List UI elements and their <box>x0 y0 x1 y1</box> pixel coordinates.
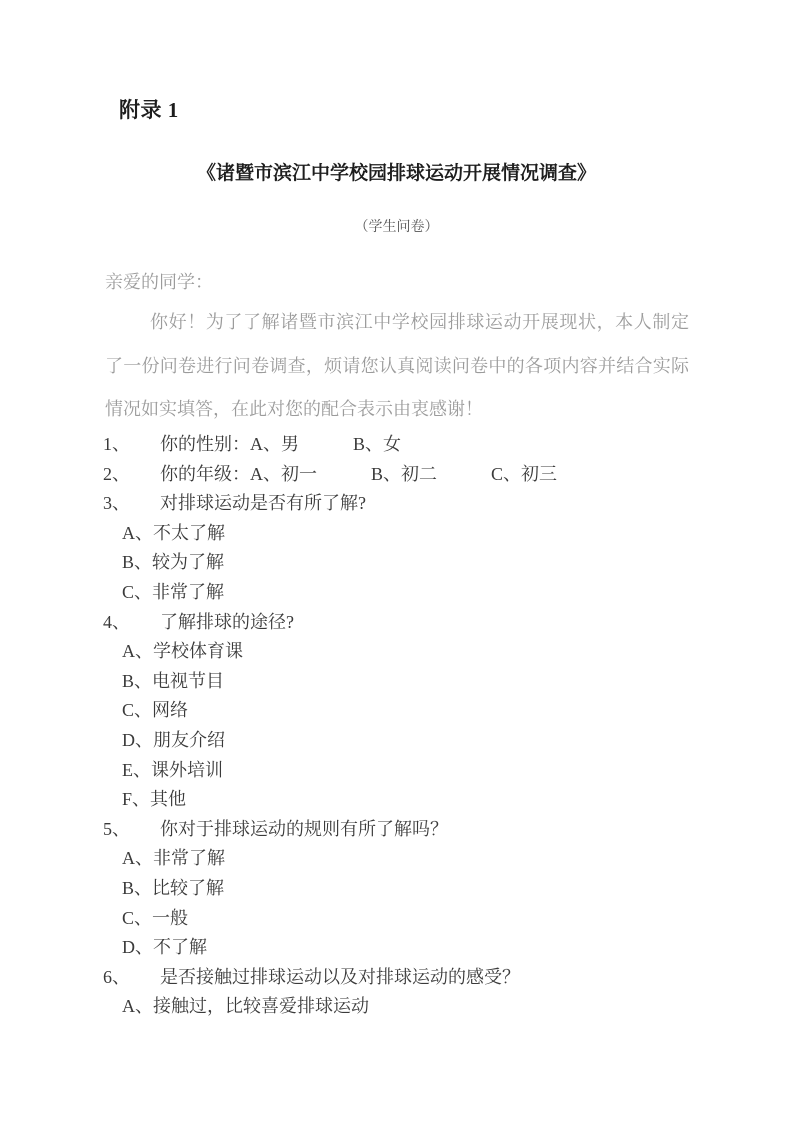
salutation-line: 亲爱的同学： <box>105 268 213 294</box>
document-title: 《诸暨市滨江中学校园排球运动开展情况调查》 <box>0 158 793 185</box>
document-page: 附录 1 《诸暨市滨江中学校园排球运动开展情况调查》 （学生问卷） 亲爱的同学：… <box>0 0 793 1122</box>
question-option: A、学校体育课 <box>103 637 693 667</box>
question-option: A、非常了解 <box>103 844 693 874</box>
question-option: A、接触过，比较喜爱排球运动 <box>103 992 693 1022</box>
question-option: B、比较了解 <box>103 874 693 904</box>
question-option: C、非常了解 <box>103 578 693 608</box>
question-number: 2、 <box>103 460 160 490</box>
question-list: 1、你的性别：A、男 B、女2、你的年级：A、初一 B、初二 C、初三3、对排球… <box>103 430 693 1022</box>
question-option: E、课外培训 <box>103 756 693 786</box>
question-number: 4、 <box>103 608 160 638</box>
question-option: D、不了解 <box>103 933 693 963</box>
question-option: B、较为了解 <box>103 548 693 578</box>
question-number: 5、 <box>103 815 160 845</box>
question-number: 1、 <box>103 430 160 460</box>
question-row: 4、了解排球的途径? <box>103 608 693 638</box>
question-option: C、网络 <box>103 696 693 726</box>
question-option: F、其他 <box>103 785 693 815</box>
question-text: 你对于排球运动的规则有所了解吗？ <box>160 819 448 839</box>
question-text: 你的年级：A、初一 B、初二 C、初三 <box>160 464 557 484</box>
question-option: B、电视节目 <box>103 667 693 697</box>
question-text: 对排球运动是否有所了解? <box>160 493 366 513</box>
document-subtitle: （学生问卷） <box>0 216 793 236</box>
question-row: 3、对排球运动是否有所了解? <box>103 489 693 519</box>
question-option: D、朋友介绍 <box>103 726 693 756</box>
question-text: 了解排球的途径? <box>160 612 294 632</box>
question-text: 你的性别：A、男 B、女 <box>160 434 401 454</box>
question-row: 1、你的性别：A、男 B、女 <box>103 430 693 460</box>
question-number: 3、 <box>103 489 160 519</box>
question-row: 6、是否接触过排球运动以及对排球运动的感受？ <box>103 963 693 993</box>
question-text: 是否接触过排球运动以及对排球运动的感受？ <box>160 967 520 987</box>
question-row: 5、你对于排球运动的规则有所了解吗？ <box>103 815 693 845</box>
question-row: 2、你的年级：A、初一 B、初二 C、初三 <box>103 460 693 490</box>
question-number: 6、 <box>103 963 160 993</box>
intro-paragraph: 你好！为了了解诸暨市滨江中学校园排球运动开展现状，本人制定了一份问卷进行问卷调查… <box>105 301 689 432</box>
appendix-label: 附录 1 <box>119 94 179 124</box>
question-option: C、一般 <box>103 904 693 934</box>
question-option: A、不太了解 <box>103 519 693 549</box>
